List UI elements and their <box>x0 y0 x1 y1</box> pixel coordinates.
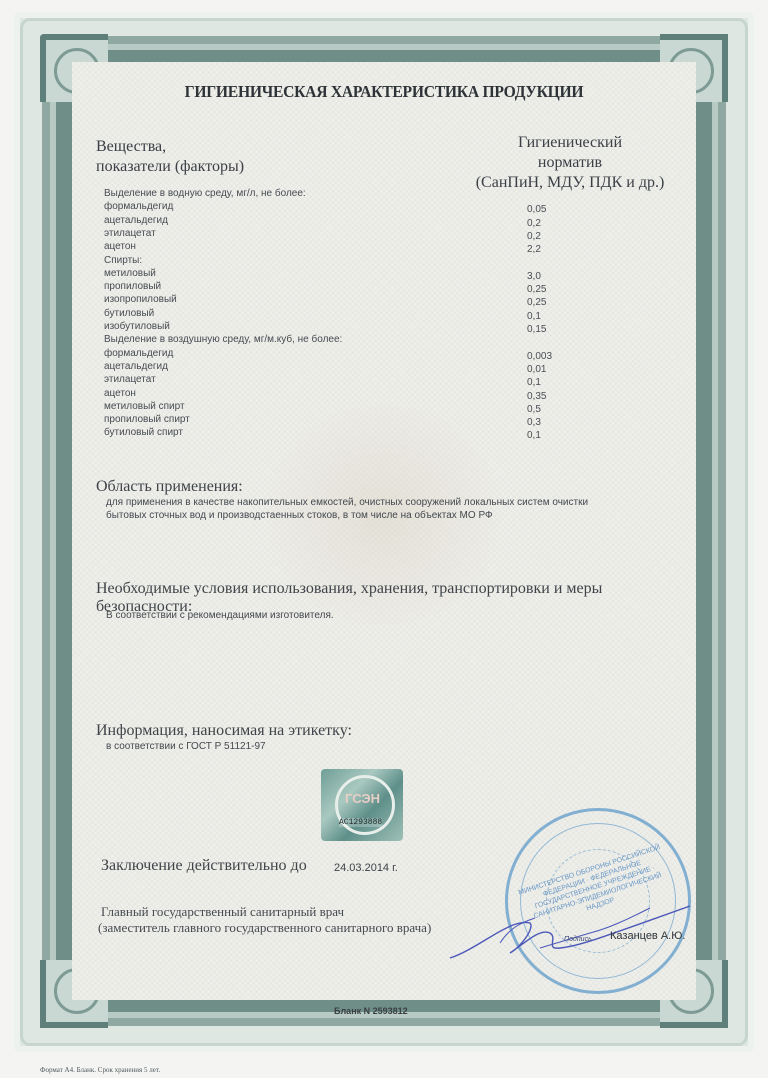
table-row-value: 0,003 <box>527 350 552 364</box>
document-title: ГИГИЕНИЧЕСКАЯ ХАРАКТЕРИСТИКА ПРОДУКЦИИ <box>31 82 738 102</box>
label-info-text: в соответствии с ГОСТ Р 51121-97 <box>106 740 266 753</box>
table-row-name: ацетон <box>104 387 136 401</box>
substances-column-header: Вещества, показатели (факторы) <box>96 137 244 177</box>
table-row-value: 0,5 <box>527 403 541 417</box>
label-info-heading: Информация, наносимая на этикетку: <box>96 722 352 740</box>
table-row-name: этилацетат <box>104 227 156 241</box>
table-row-name: бутиловый спирт <box>104 426 183 440</box>
table-row-value: 0,3 <box>527 416 541 430</box>
signatory-name: Казанцев А.Ю. <box>610 930 685 942</box>
blank-number: Бланк N 2593812 <box>334 1006 408 1016</box>
table-row-name: бутиловый <box>104 307 154 321</box>
table-row-name: Выделение в воздушную среду, мг/м.куб, н… <box>104 333 342 347</box>
table-row-name: изопропиловый <box>104 293 177 307</box>
norm-column-header: Гигиенический норматив (СанПиН, МДУ, ПДК… <box>450 133 690 193</box>
table-row-name: этилацетат <box>104 373 156 387</box>
table-row-name: пропиловый <box>104 280 161 294</box>
table-row-name: Спирты: <box>104 254 142 268</box>
table-row-name: ацетальдегид <box>104 360 168 374</box>
table-row-name: пропиловый спирт <box>104 413 190 427</box>
table-row-value: 0,1 <box>527 376 541 390</box>
conditions-text: В соответствии с рекомендациями изготови… <box>106 609 334 622</box>
table-row-value: 0,25 <box>527 283 546 297</box>
table-row-value: 0,25 <box>527 296 546 310</box>
table-row-value: 0,01 <box>527 363 546 377</box>
table-row-name: Выделение в водную среду, мг/л, не более… <box>104 187 306 201</box>
table-row-value: 0,1 <box>527 310 541 324</box>
validity-label: Заключение действительно до <box>101 857 307 875</box>
hologram-serial: АС1293888 <box>339 818 382 827</box>
table-row-name: метиловый <box>104 267 156 281</box>
table-row-value: 3,0 <box>527 270 541 284</box>
validity-date: 24.03.2014 г. <box>334 862 398 874</box>
table-row-name: формальдегид <box>104 347 173 361</box>
table-row-value: 0,15 <box>527 323 546 337</box>
hologram-seal-icon: ГСЭН АС1293888 <box>321 769 403 841</box>
table-row-name: ацетальдегид <box>104 214 168 228</box>
scope-heading: Область применения: <box>96 478 243 496</box>
table-row-value: 0,05 <box>527 203 546 217</box>
table-row-value: 2,2 <box>527 243 541 257</box>
signatory-title: Главный государственный санитарный врач <box>101 904 344 920</box>
table-row-value: 0,2 <box>527 217 541 231</box>
table-row-value: 0,1 <box>527 429 541 443</box>
conditions-heading-line1: Необходимые условия использования, хране… <box>96 580 602 598</box>
table-row-name: формальдегид <box>104 200 173 214</box>
footer-note: Формат А4. Бланк. Срок хранения 5 лет. <box>40 1066 160 1074</box>
table-row-name: метиловый спирт <box>104 400 185 414</box>
table-row-name: изобутиловый <box>104 320 170 334</box>
table-row-value: 0,35 <box>527 390 546 404</box>
scope-text: для применения в качестве накопительных … <box>106 496 588 522</box>
table-row-value: 0,2 <box>527 230 541 244</box>
signatory-subtitle: (заместитель главного государственного с… <box>98 920 431 936</box>
signature-caption: Подпись <box>564 936 592 943</box>
table-row-name: ацетон <box>104 240 136 254</box>
